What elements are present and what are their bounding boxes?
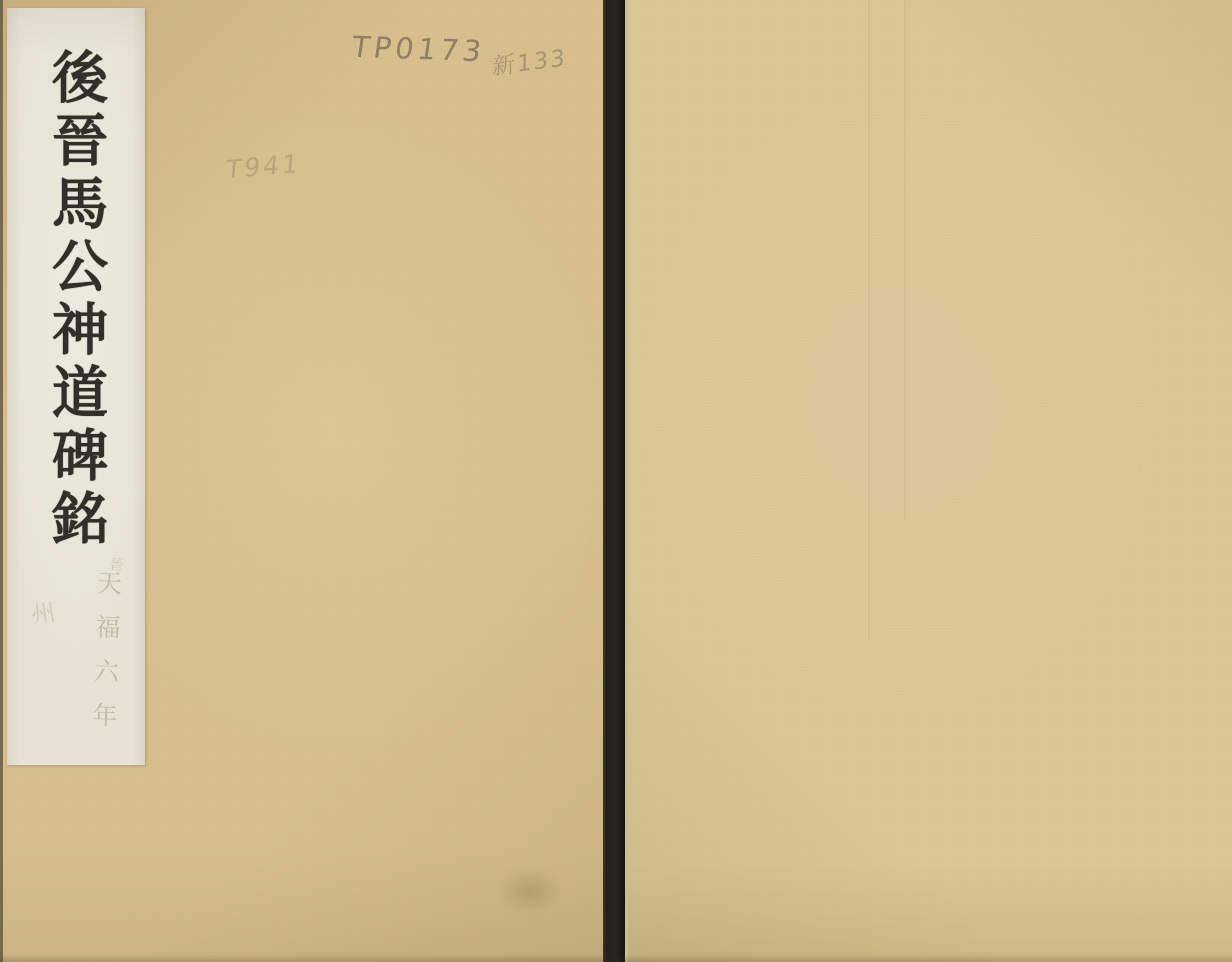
binding-spine xyxy=(603,0,625,962)
pencil-catalog-number: TP0173 xyxy=(350,30,488,68)
scan-left-edge xyxy=(0,0,3,962)
spine-edge-highlight xyxy=(625,0,628,962)
calligraphy-title: 後晉馬公神道碑銘 xyxy=(48,48,104,552)
ink-smudge-stain xyxy=(498,868,562,914)
faint-pencil-small-mark: 晉 xyxy=(108,554,124,576)
bottom-edge-shadow xyxy=(0,954,1232,962)
paper-crease xyxy=(868,0,870,640)
title-slip: 後晉馬公神道碑銘 天福六年 州 晉 xyxy=(7,8,145,765)
show-through-ghosting xyxy=(700,180,1120,640)
faint-pencil-side-mark: 州 xyxy=(29,593,58,631)
pencil-date-note: 天福六年 xyxy=(84,569,126,746)
scanned-album-cover: 後晉馬公神道碑銘 天福六年 州 晉 TP0173 新133 T941 xyxy=(0,0,1232,962)
paper-crease xyxy=(904,0,906,520)
